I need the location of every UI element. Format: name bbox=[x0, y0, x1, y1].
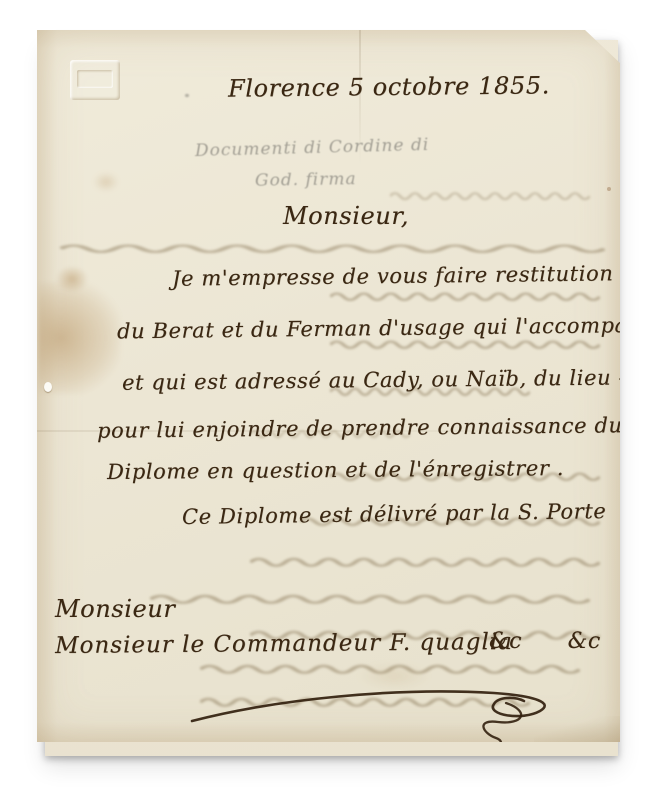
stain-faint bbox=[93, 172, 119, 192]
embossed-stamp-icon bbox=[70, 60, 120, 100]
bleedthrough-line bbox=[200, 660, 580, 676]
bleedthrough-line bbox=[390, 188, 590, 202]
salutation: Monsieur, bbox=[283, 202, 409, 230]
dateline: Florence 5 octobre 1855. bbox=[228, 71, 550, 102]
stain-large bbox=[38, 282, 120, 394]
folded-corner bbox=[534, 716, 620, 742]
letter-sheet: Florence 5 octobre 1855. Documenti di Co… bbox=[37, 30, 620, 742]
bleedthrough-line bbox=[60, 240, 605, 255]
paper-hole bbox=[44, 382, 52, 392]
body-line: pour lui enjoindre de prendre connaissan… bbox=[97, 413, 623, 443]
body-line: et qui est adressé au Cady, ou Naïb, du … bbox=[122, 365, 640, 394]
body-line: Diplome en question et de l'énregistrer … bbox=[107, 456, 564, 484]
et-cetera-marks: &c &c bbox=[489, 629, 601, 654]
letter-photograph: Florence 5 octobre 1855. Documenti di Co… bbox=[0, 0, 665, 800]
bleedthrough-line bbox=[150, 590, 590, 606]
ink-speck bbox=[607, 187, 611, 191]
body-line: Je m'empresse de vous faire restitution bbox=[172, 261, 614, 290]
addressee-line: Monsieur le Commandeur F. quaglia bbox=[55, 629, 513, 659]
stain-small bbox=[56, 266, 88, 292]
signature-flourish bbox=[172, 675, 572, 753]
pencil-speck bbox=[184, 93, 190, 98]
bleedthrough-line bbox=[250, 553, 600, 569]
pencil-annotation-line2: God. firma bbox=[255, 169, 357, 191]
bleedthrough-line bbox=[330, 288, 600, 303]
embossed-stamp-crest bbox=[77, 70, 113, 88]
pencil-annotation-line1: Documenti di Cordine di bbox=[195, 135, 430, 161]
addressee-intro: Monsieur bbox=[55, 595, 175, 623]
